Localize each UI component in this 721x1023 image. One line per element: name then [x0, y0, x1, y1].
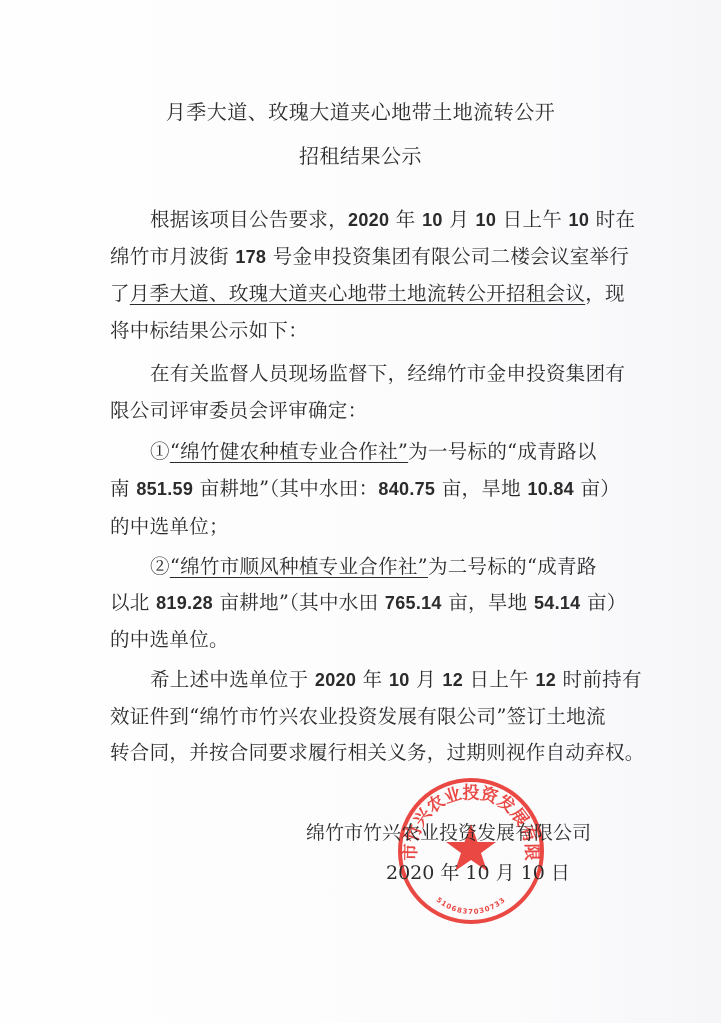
paragraph-1-line-3: 了月季大道、玫瑰大道夹心地带土地流转公开招租会议，现: [110, 282, 614, 306]
text: 为二号标的“成青路: [428, 555, 597, 578]
paragraph-3-line-3: 转合同，并按合同要求履行相关义务，过期则视作自动弃权。: [110, 741, 614, 765]
document-title-line-1: 月季大道、玫瑰大道夹心地带土地流转公开: [0, 96, 721, 125]
item-1-line-3: 的中选单位；: [110, 515, 614, 539]
text: 号金申投资集团有限公司二楼会议室举行: [266, 245, 629, 268]
text: 亩，旱地: [442, 591, 534, 614]
deadline-year: 2020: [315, 670, 356, 690]
item-1-line-1: ①“绵竹健农种植专业合作社”为一号标的“成青路以: [110, 440, 614, 464]
text: 时在: [589, 208, 635, 231]
text: ，现: [585, 282, 625, 305]
text: 绵竹市月波街: [110, 245, 235, 268]
item-2-marker: ②: [150, 555, 170, 578]
paragraph-2-line-1: 在有关监督人员现场监督下，经绵竹市金申投资集团有: [110, 362, 614, 386]
meeting-day: 10: [476, 210, 497, 230]
paragraph-1-line-2: 绵竹市月波街 178 号金申投资集团有限公司二楼会议室举行: [110, 245, 614, 269]
text: 为一号标的“成青路以: [408, 440, 596, 463]
item-1-dry-area: 10.84: [527, 479, 574, 499]
signature-organization: 绵竹市竹兴农业投资发展有限公司: [306, 818, 591, 845]
text: 年: [356, 668, 389, 691]
deadline-month: 10: [389, 670, 410, 690]
text: 年: [389, 208, 422, 231]
text: 根据该项目公告要求，: [150, 208, 348, 231]
deadline-hour: 12: [535, 670, 556, 690]
text: 月: [443, 208, 476, 231]
text: 了: [110, 282, 130, 305]
paragraph-2-line-2: 限公司评审委员会评审确定：: [110, 399, 614, 423]
text: 南: [110, 477, 136, 500]
signature-date: 2020 年 10 月 10 日: [386, 858, 570, 885]
text: 希上述中选单位于: [150, 668, 315, 691]
seal-code: 5106837030733: [435, 896, 508, 916]
document-page: 月季大道、玫瑰大道夹心地带土地流转公开 招租结果公示 根据该项目公告要求，202…: [0, 0, 721, 1023]
meeting-year: 2020: [348, 210, 389, 230]
item-1-total-area: 851.59: [136, 479, 193, 499]
item-1-marker: ①: [150, 440, 170, 463]
deadline-day: 12: [442, 670, 463, 690]
paragraph-1-line-4: 将中标结果公示如下：: [110, 319, 614, 343]
item-1-winner: “绵竹健农种植专业合作社”: [170, 440, 408, 463]
text: 日上午: [463, 668, 535, 691]
text: 时前持有: [556, 668, 642, 691]
paragraph-3-line-2: 效证件到“绵竹市竹兴农业投资发展有限公司”签订土地流: [110, 705, 614, 729]
meeting-name-underlined: 月季大道、玫瑰大道夹心地带土地流转公开招租会议: [130, 282, 585, 305]
item-2-line-3: 的中选单位。: [110, 628, 614, 652]
item-2-winner: “绵竹市顺风种植专业合作社”: [170, 555, 428, 578]
item-2-total-area: 819.28: [156, 593, 213, 613]
item-2-line-2: 以北 819.28 亩耕地”（其中水田 765.14 亩，旱地 54.14 亩）: [110, 591, 614, 615]
item-2-paddy-area: 765.14: [385, 593, 442, 613]
document-title-line-2: 招租结果公示: [0, 140, 721, 169]
text: 亩）: [581, 591, 627, 614]
paragraph-1-line-1: 根据该项目公告要求，2020 年 10 月 10 日上午 10 时在: [110, 208, 614, 232]
paragraph-3-line-1: 希上述中选单位于 2020 年 10 月 12 日上午 12 时前持有: [110, 668, 614, 692]
street-number: 178: [235, 247, 266, 267]
item-1-line-2: 南 851.59 亩耕地”（其中水田：840.75 亩，旱地 10.84 亩）: [110, 477, 614, 501]
item-1-paddy-area: 840.75: [378, 479, 435, 499]
text: 亩耕地”（其中水田: [213, 591, 385, 614]
item-2-line-1: ②“绵竹市顺风种植专业合作社”为二号标的“成青路: [110, 555, 614, 579]
text: 亩，旱地: [435, 477, 527, 500]
text: 月: [410, 668, 443, 691]
official-seal-icon: 绵竹市竹兴农业投资发展有限公司 5106837030733: [396, 776, 546, 926]
svg-text:5106837030733: 5106837030733: [435, 896, 508, 916]
text: 亩）: [574, 477, 620, 500]
meeting-hour: 10: [569, 210, 590, 230]
meeting-month: 10: [422, 210, 443, 230]
text: 以北: [110, 591, 156, 614]
text: 亩耕地”（其中水田：: [193, 477, 378, 500]
item-2-dry-area: 54.14: [534, 593, 581, 613]
text: 日上午: [496, 208, 568, 231]
